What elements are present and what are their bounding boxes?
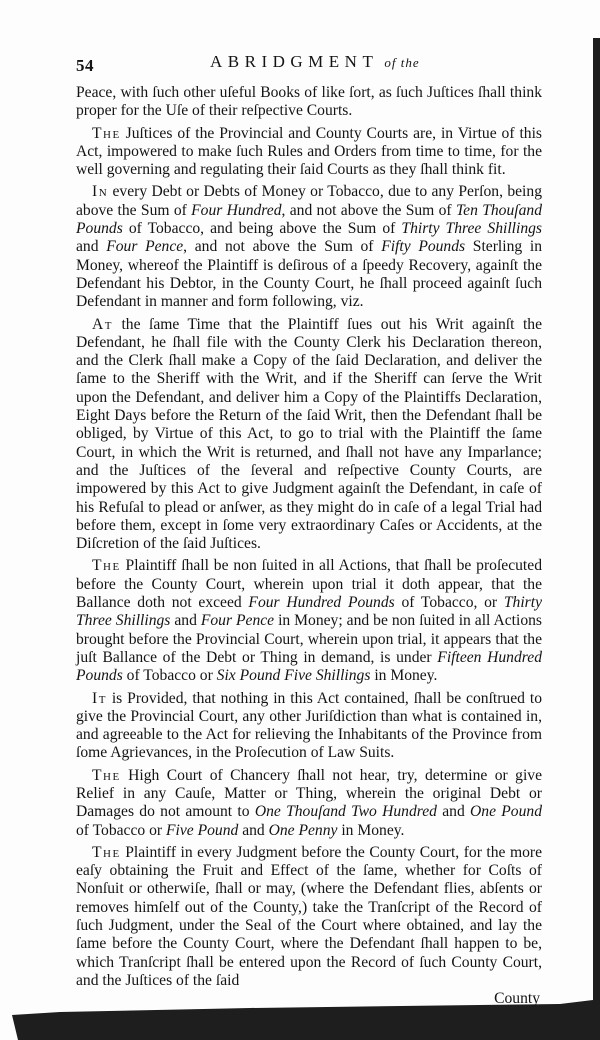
italic-amount: Four Pence [106,238,183,255]
body-text: Peace, with ſuch other uſeful Books of l… [76,84,542,990]
book-page: 54 ABRIDGMENTof the Peace, with ſuch oth… [76,52,542,1008]
running-head-suffix: of the [384,55,419,70]
italic-amount: One Penny [269,822,338,839]
scanned-page: 54 ABRIDGMENTof the Peace, with ſuch oth… [0,0,600,1040]
paragraph: In every Debt or Debts of Money or Tobac… [76,183,542,311]
italic-amount: Thirty Three Shillings [401,220,542,237]
text-run: Peace, with ſuch other uſeful Books of l… [76,84,542,119]
text-run: , and not above the Sum of [183,238,381,255]
italic-amount: Four Hundred [191,202,281,219]
paragraph-lead-word: It [92,690,107,707]
text-run: , and not above the Sum of [282,202,456,219]
italic-amount: Six Pound Five Shillings [217,667,371,684]
italic-amount: Four Pence [201,612,274,629]
paragraph: It is Provided, that nothing in this Act… [76,690,542,763]
text-run: and [437,803,470,820]
paragraph-lead-word: The [92,844,121,861]
text-run: and [170,612,200,629]
paragraph: The Plaintiff in every Judgment before t… [76,844,542,990]
italic-amount: Five Pound [166,822,238,839]
scan-right-border [593,38,600,1040]
text-run: of Tobacco or [76,822,166,839]
page-header: 54 ABRIDGMENTof the [76,52,542,76]
paragraph-lead-word: The [92,557,121,574]
paragraph-lead-word: The [92,125,121,142]
text-run: of Tobacco, and being above the Sum of [123,220,402,237]
text-run: the ſame Time that the Plaintiff ſues ou… [76,316,542,553]
catchword: County [76,990,542,1008]
paragraph: At the ſame Time that the Plaintiff ſues… [76,316,542,554]
italic-amount: Four Hundred Pounds [248,594,394,611]
italic-amount: Fifty Pounds [381,238,465,255]
paragraph: The Juſtices of the Provincial and Count… [76,125,542,180]
text-run: of Tobacco, or [395,594,504,611]
text-run: and [238,822,268,839]
text-run: Plaintiff in every Judgment before the C… [76,844,542,989]
italic-amount: One Pound [470,803,542,820]
text-run: is Provided, that nothing in this Act co… [76,690,542,762]
italic-amount: One Thouſand Two Hundred [255,803,437,820]
running-head-title: ABRIDGMENT [210,52,378,71]
text-run: in Money. [370,667,437,684]
text-run: of Tobacco or [123,667,217,684]
text-run: and [76,238,106,255]
running-head: ABRIDGMENTof the [210,52,420,72]
page-number: 54 [76,56,94,76]
paragraph: The High Court of Chancery ſhall not hea… [76,767,542,840]
paragraph-lead-word: The [92,767,121,784]
paragraph: The Plaintiff ſhall be non ſuited in all… [76,557,542,685]
paragraph: Peace, with ſuch other uſeful Books of l… [76,84,542,121]
paragraph-lead-word: At [92,316,113,333]
paragraph-lead-word: In [92,183,108,200]
text-run: in Money. [337,822,404,839]
text-run: Juſtices of the Provincial and County Co… [76,125,542,179]
